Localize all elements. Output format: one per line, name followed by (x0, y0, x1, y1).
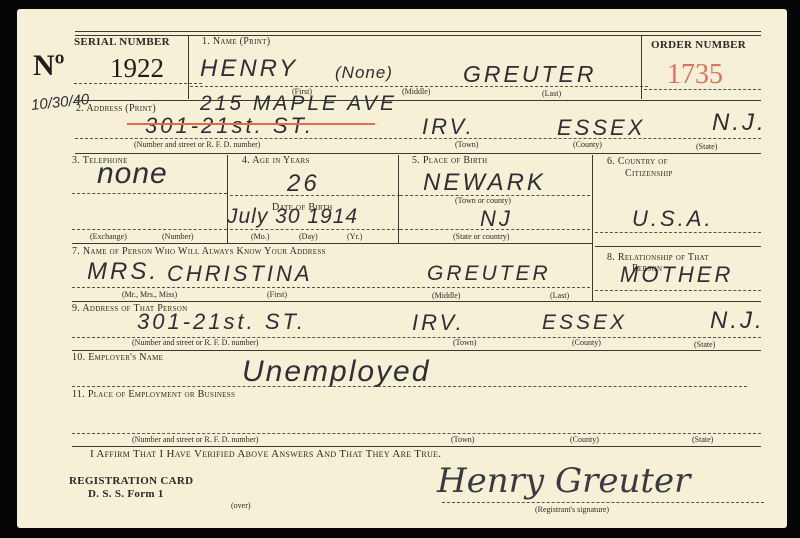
employer-label: 10. Employer's Name (72, 352, 163, 363)
address-label: 2. Address (Print) (76, 103, 156, 114)
address-underline (75, 138, 761, 139)
serial-prefix: Nº (33, 49, 65, 83)
rule-after-address (75, 153, 761, 154)
contact-title-value: MRS. (87, 258, 159, 286)
top-rule-2 (75, 35, 761, 36)
contact-label: 7. Name of Person Who Will Always Know Y… (72, 246, 326, 257)
dob-value: July 30 1914 (227, 205, 358, 229)
rule-before-affirm (72, 446, 761, 447)
employer-underline (72, 386, 747, 387)
order-divider (641, 36, 642, 99)
name-middle-sublabel: (Middle) (402, 87, 430, 96)
order-underline (644, 89, 761, 90)
age-label: 4. Age in Years (242, 155, 310, 166)
rule-after-citizenship (595, 246, 761, 247)
birthplace-state-underline (400, 229, 590, 230)
dob-day-sublabel: (Day) (299, 232, 318, 241)
birthplace-label: 5. Place of Birth (412, 155, 487, 166)
contact-title-sublabel: (Mr., Mrs., Miss) (122, 290, 177, 299)
rule-after-name (75, 100, 761, 101)
name-last-sublabel: (Last) (542, 89, 561, 98)
name-first-value: HENRY (200, 55, 298, 83)
registrant-signature: Henry Greuter (437, 461, 690, 501)
age-divider (398, 155, 399, 243)
contact-last-value: GREUTER (427, 262, 551, 286)
contact-first-sublabel: (First) (267, 290, 287, 299)
relationship-value: MOTHER (620, 262, 733, 288)
telephone-value: none (97, 157, 168, 191)
address-strikethrough (127, 123, 375, 125)
employment-state-sublabel: (State) (692, 435, 713, 444)
citizenship-underline (595, 232, 761, 233)
contact-address-county-value: ESSEX (542, 311, 627, 335)
age-underline (230, 195, 400, 196)
address-county-sublabel: (County) (573, 140, 602, 149)
dob-month-sublabel: (Mo.) (251, 232, 269, 241)
form-number: D. S. S. Form 1 (88, 488, 164, 500)
contact-address-state-sublabel: (State) (694, 340, 715, 349)
order-number-value: 1735 (667, 59, 723, 91)
contact-address-town-sublabel: (Town) (453, 338, 476, 347)
dob-year-sublabel: (Yr.) (347, 232, 362, 241)
contact-address-state-value: N.J. (710, 307, 765, 335)
dob-underline (230, 229, 400, 230)
serial-number-label: SERIAL NUMBER (74, 36, 170, 48)
address-town-sublabel: (Town) (455, 140, 478, 149)
relationship-underline (595, 290, 761, 291)
signature-label: (Registrant's signature) (535, 505, 609, 514)
citizenship-label-1: 6. Country of (607, 156, 668, 167)
employment-place-label: 11. Place of Employment or Business (72, 389, 235, 400)
telephone-underline-1 (72, 193, 227, 194)
address-street-value: 301-21st. ST. (145, 113, 314, 139)
rule-after-dob (72, 243, 592, 244)
contact-underline (72, 287, 590, 288)
birthplace-town-value: NEWARK (423, 169, 546, 197)
name-last-value: GREUTER (463, 61, 596, 88)
over-note: (over) (231, 501, 251, 510)
age-value: 26 (287, 170, 320, 198)
affirmation-text: I Affirm That I Have Verified Above Answ… (90, 448, 441, 460)
birthplace-town-sublabel: (Town or county) (455, 196, 511, 205)
name-label: 1. Name (Print) (202, 36, 270, 47)
contact-address-county-sublabel: (County) (572, 338, 601, 347)
contact-address-street-sublabel: (Number and street or R. F. D. number) (132, 338, 258, 347)
address-town-value: IRV. (422, 114, 475, 140)
order-number-label: ORDER NUMBER (651, 39, 746, 51)
citizenship-label-2: Citizenship (625, 168, 673, 179)
address-state-sublabel: (State) (696, 142, 717, 151)
contact-address-town-value: IRV. (412, 310, 465, 336)
telephone-underline-2 (72, 229, 227, 230)
citizenship-value: U.S.A. (632, 206, 714, 232)
employment-town-sublabel: (Town) (451, 435, 474, 444)
name-middle-value: (None) (335, 63, 393, 83)
employment-place-underline (72, 433, 761, 434)
contact-last-sublabel: (Last) (550, 291, 569, 300)
signature-underline (442, 502, 764, 503)
telephone-divider (227, 155, 228, 243)
employer-value: Unemployed (242, 355, 430, 389)
serial-underline (74, 83, 202, 84)
telephone-exchange-sublabel: (Exchange) (90, 232, 127, 241)
employment-county-sublabel: (County) (570, 435, 599, 444)
birthplace-divider (592, 155, 593, 301)
address-street-sublabel: (Number and street or R. F. D. number) (134, 140, 260, 149)
employment-street-sublabel: (Number and street or R. F. D. number) (132, 435, 258, 444)
top-rule (75, 31, 761, 32)
serial-divider (188, 36, 189, 99)
contact-middle-sublabel: (Middle) (432, 291, 460, 300)
registration-card-title: REGISTRATION CARD (69, 475, 193, 487)
registration-card: SERIAL NUMBER Nº 1922 1. Name (Print) HE… (17, 9, 787, 528)
telephone-number-sublabel: (Number) (162, 232, 194, 241)
contact-first-value: CHRISTINA (167, 261, 313, 287)
birthplace-state-sublabel: (State or country) (453, 232, 509, 241)
serial-number-value: 1922 (110, 53, 164, 84)
address-state-value: N.J. (712, 109, 767, 137)
rule-after-contact-address (72, 350, 761, 351)
contact-address-street-value: 301-21st. ST. (137, 309, 306, 335)
rule-after-contact (72, 301, 761, 302)
